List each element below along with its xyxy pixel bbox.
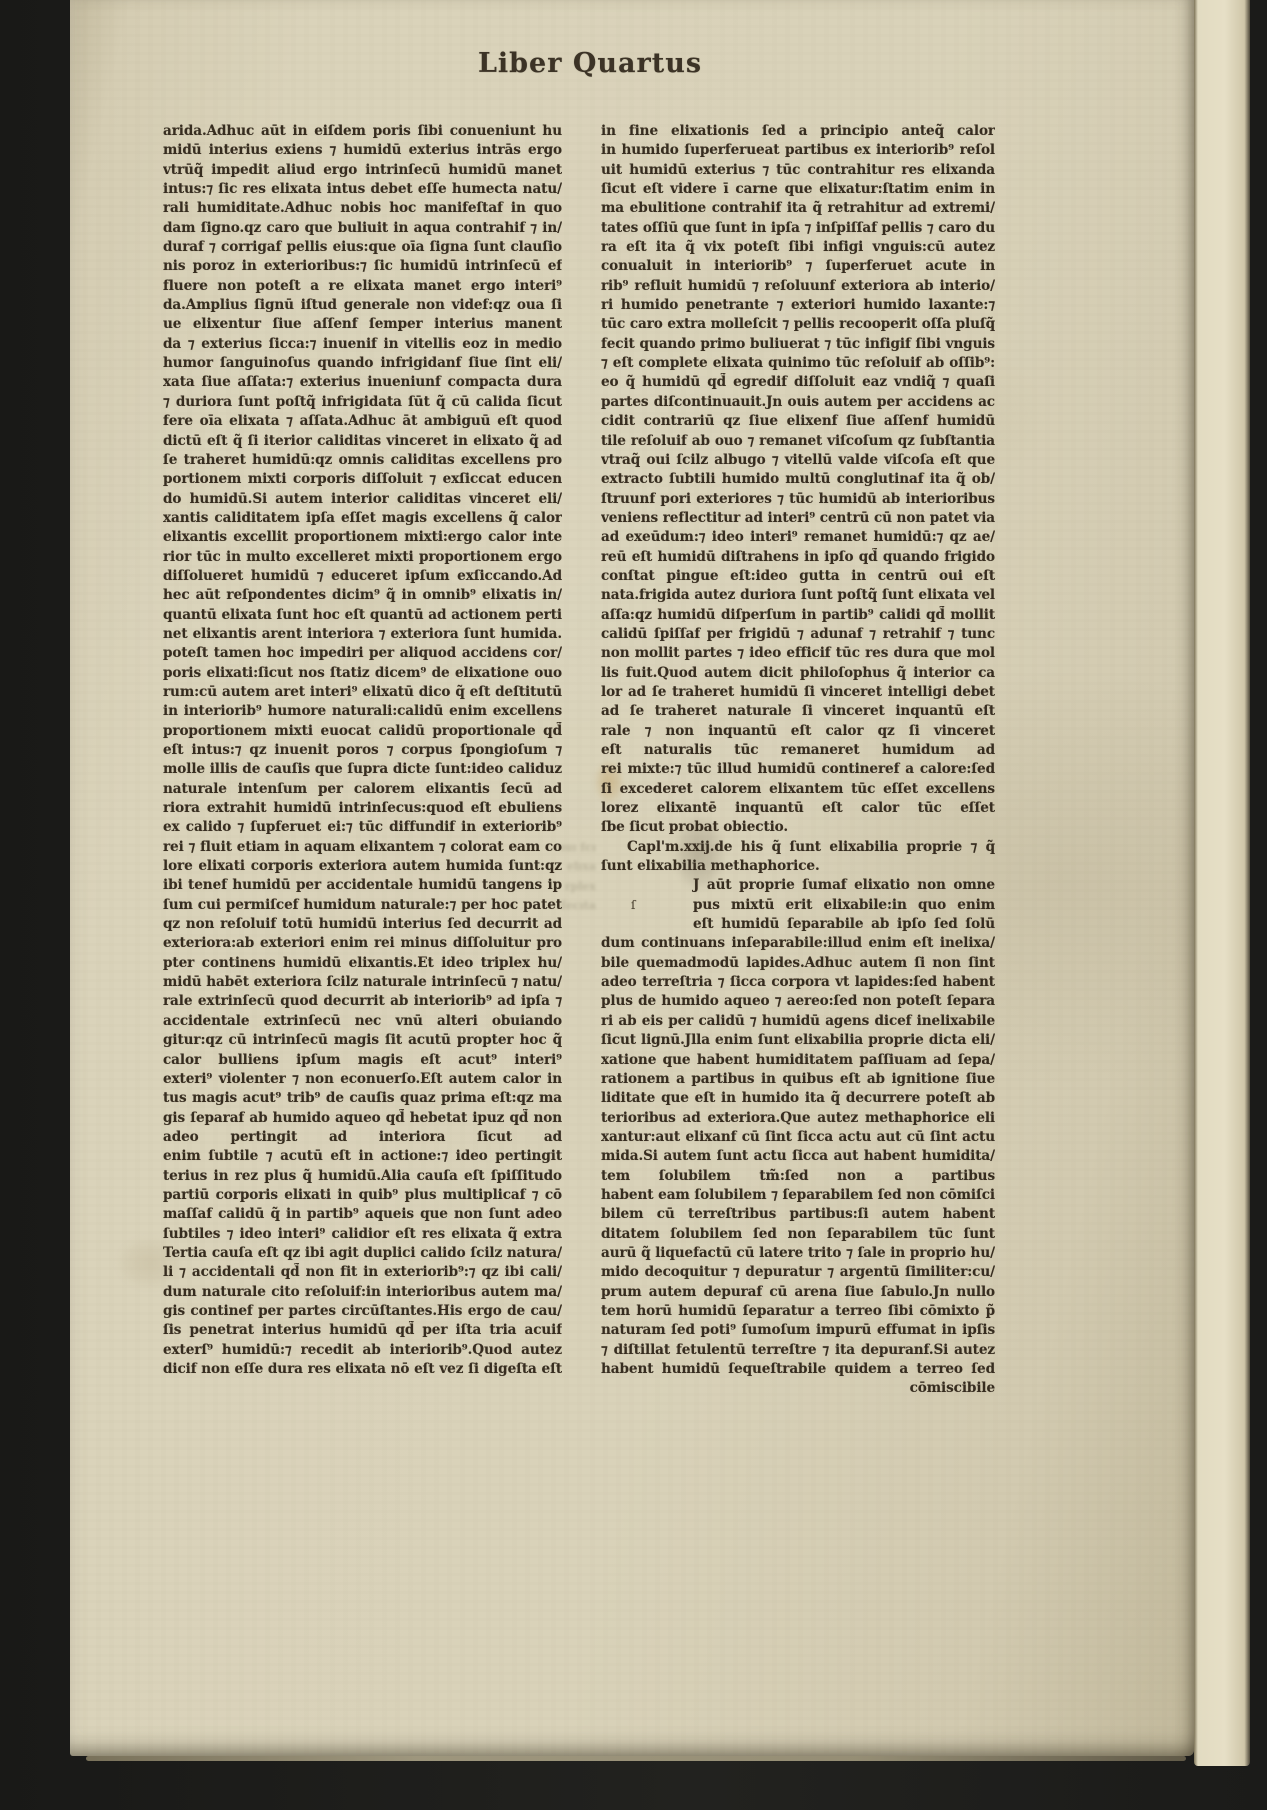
text-line: mida.Si autem ſunt actu ſicca aut habent… <box>601 1147 995 1166</box>
text-line: ſbe ſicut probat obiectio. <box>601 818 995 837</box>
text-line: riora extrahit humidū intrinſecus:quod e… <box>163 799 562 818</box>
text-line: ⁊ eſt complete elixata quinimo tūc reſol… <box>601 354 995 373</box>
text-line: eſt naturalis tūc remaneret humidum ad ſ… <box>601 741 995 760</box>
text-line: rib⁹ refluit humidū ⁊ reſoluunf exterior… <box>601 277 995 296</box>
text-line: quantū elixata ſunt hoc eſt quantū ad ac… <box>163 606 562 625</box>
text-line: rale ⁊ non inquantū eſt calor qz ſi vinc… <box>601 722 995 741</box>
text-line: ſtruunf pori exteriores ⁊ tūc humidū ab … <box>601 490 995 509</box>
text-line: dictū eſt q̃ ſi iterior caliditas vincer… <box>163 432 562 451</box>
text-line: ſubtiles ⁊ ideo interi⁹ calidior eſt res… <box>163 1225 562 1244</box>
catchword: cōmiscibile <box>601 1379 995 1398</box>
text-line: ri ab eis per calidū ⁊ humidū agens dice… <box>601 1012 995 1031</box>
text-line: naturam ſed poti⁹ ſumoſum impurū effumat… <box>601 1321 995 1340</box>
text-line: do humidū.Si autem interior caliditas vi… <box>163 490 562 509</box>
text-line: conualuit in interiorib⁹ ⁊ ſuperferuet a… <box>601 257 995 276</box>
text-line: tūc caro extra molleſcit ⁊ pellis recoop… <box>601 315 995 334</box>
text-line: vtrūq̃ impedit aliud ergo intrinſecū hum… <box>163 161 562 180</box>
text-line: midū interius exiens ⁊ humidū exterius i… <box>163 141 562 160</box>
text-line: elixantis excellit proportionem mixti:er… <box>163 528 562 547</box>
text-line: fecit quando primo buliuerat ⁊ tūc infig… <box>601 335 995 354</box>
text-line: liditate que eſt in humido ita q̃ decurr… <box>601 1089 995 1108</box>
text-line: tus magis acut⁹ trib⁹ de cauſis quaz pri… <box>163 1089 562 1108</box>
text-line: plus de humido aqueo ⁊ aereo:ſed non pot… <box>601 992 995 1011</box>
text-line: gis continef per partes circūſtantes.His… <box>163 1302 562 1321</box>
text-line: aſſa:qz humidū diſperſum in partib⁹ cali… <box>601 606 995 625</box>
text-line: fere oīa elixata ⁊ aſſata.Adhuc āt ambig… <box>163 412 562 431</box>
text-line: portionem mixti corporis diſſoluit ⁊ exſ… <box>163 470 562 489</box>
text-line: uit humidū exterius ⁊ tūc contrahitur re… <box>601 161 995 180</box>
text-line: poteſt tamen hoc impediri per aliquod ac… <box>163 644 562 663</box>
text-line: ſpus mixtū erit elixabile:in quo enim nu… <box>601 896 995 915</box>
text-line: lorez elixantē inquantū eſt calor tūc eſ… <box>601 799 995 818</box>
text-line: poris elixati:ſicut nos ſtatiz dicem⁹ de… <box>163 664 562 683</box>
text-line: nis poroz in exterioribus:⁊ ſic humidū i… <box>163 257 562 276</box>
text-line: exteriora:ab exteriori enim rei minus di… <box>163 934 562 953</box>
text-line: xata ſiue aſſata:⁊ exterius inueniunf co… <box>163 373 562 392</box>
text-line: mido decoquitur ⁊ depuratur ⁊ argentū ſi… <box>601 1263 995 1282</box>
text-line: da.Amplius ſignū iſtud generale non vide… <box>163 296 562 315</box>
text-column-right: in fine elixationis ſed a principio ante… <box>601 122 995 1399</box>
chapter-heading-line: Capl'm.xxij.de his q̃ ſunt elixabilia pr… <box>601 838 995 857</box>
text-line: partiū corporis elixati in quib⁹ plus mu… <box>163 1186 562 1205</box>
text-line: ad ſe traheret naturale ſi vinceret inqu… <box>601 702 995 721</box>
text-line: aurū q̃ liquefactū cū latere trito ⁊ ſal… <box>601 1244 995 1263</box>
text-line: ri humido penetrante ⁊ exteriori humido … <box>601 296 995 315</box>
text-line: nata.frigida autez duriora ſunt poſtq̃ ſ… <box>601 586 995 605</box>
text-line: calidū ſpiſſaf per frigidū ⁊ adunaf ⁊ re… <box>601 625 995 644</box>
text-line: enim ſubtile ⁊ acutū eſt in actione:⁊ id… <box>163 1147 562 1166</box>
text-line: vtraq̃ oui ſcilz albugo ⁊ vitellū valde … <box>601 451 995 470</box>
text-line: gitur:qz cū intrinſecū magis ſit acutū p… <box>163 1031 562 1050</box>
text-line: rior tūc in multo excelleret mixti propo… <box>163 548 562 567</box>
text-line: partes diſcontinuauit.Jn ouis autem per … <box>601 393 995 412</box>
text-line: cidit contrariū qz ſiue elixenf ſiue aſſ… <box>601 412 995 431</box>
text-line: in humido ſuperferueat partibus ex inter… <box>601 141 995 160</box>
text-line: terius in rez plus q̃ humidū.Alia cauſa … <box>163 1167 562 1186</box>
text-line: tem ſolubilem tm̃:ſed non a partibus ter… <box>601 1167 995 1186</box>
text-line: ſis penetrat interius humidū qd̃ per iſt… <box>163 1321 562 1340</box>
text-line: habent humidū ſequeſtrabile quidem a ter… <box>601 1360 995 1379</box>
text-line: ſum cui permiſcef humidum naturale:⁊ per… <box>163 896 562 915</box>
text-line: tem horū humidū ſeparatur a terreo ſibi … <box>601 1302 995 1321</box>
text-line: exteri⁹ violenter ⁊ non econuerſo.Eſt au… <box>163 1070 562 1089</box>
text-line: prum autem depuraf cū arena ſiue ſabulo.… <box>601 1283 995 1302</box>
text-line: ⁊ diſtillat fetulentū terreſtre ⁊ ita de… <box>601 1341 995 1360</box>
text-line: tile reſoluif ab ouo ⁊ remanet viſcoſum … <box>601 432 995 451</box>
text-line: xantis caliditatem ipſa eſſet magis exce… <box>163 509 562 528</box>
text-line: eo q̃ humidū qd̃ egredif diſſoluit eaz v… <box>601 373 995 392</box>
text-line: lor ad ſe traheret humidū ſi vinceret in… <box>601 683 995 702</box>
scan-backdrop: ıuı ſcıelıxarplexſecıta Liber Quartus ar… <box>0 0 1267 1810</box>
text-line: ditatem ſolubilem ſed non ſeparabilem tū… <box>601 1225 995 1244</box>
text-line: ue elixentur ſiue aſſenf ſemper interius… <box>163 315 562 334</box>
page-bottom-edge <box>86 1756 1186 1761</box>
text-line: hec aūt reſpondentes dicim⁹ q̃ in omnib⁹… <box>163 586 562 605</box>
text-line: terioribus ad exteriora.Que autez methap… <box>601 1109 995 1128</box>
text-line: exterſ⁹ humidū:⁊ recedit ab interiorib⁹.… <box>163 1341 562 1360</box>
text-line: ſi excederet calorem elixantem tūc eſſet… <box>601 780 995 799</box>
text-line: habent eam ſolubilem ⁊ ſeparabilem ſed n… <box>601 1186 995 1205</box>
text-line: bilem cū terreſtribus partibus:ſi autem … <box>601 1205 995 1224</box>
text-line: arida.Adhuc aūt in eiſdem poris ſibi con… <box>163 122 562 141</box>
text-line: ⁊ duriora ſunt poſtq̃ infrigidata ſūt q̃… <box>163 393 562 412</box>
text-line: dum continuans inſeparabile:illud enim e… <box>601 934 995 953</box>
text-line: calor bulliens ipſum magis eſt acut⁹ int… <box>163 1051 562 1070</box>
text-line: rationem a partibus in quibus eſt ab ign… <box>601 1070 995 1089</box>
text-line: rali humiditate.Adhuc nobis hoc manifeſt… <box>163 199 562 218</box>
text-line: rei ⁊ fluit etiam in aquam elixantem ⁊ c… <box>163 838 562 857</box>
text-line: xantur:aut elixanf cū ſint ſicca actu au… <box>601 1128 995 1147</box>
text-line: proportionem mixti euocat calidū proport… <box>163 722 562 741</box>
drop-cap-guide-letter: ſ <box>631 896 635 915</box>
text-line: reū eſt humidū diſtrahens in ipſo qd̃ qu… <box>601 548 995 567</box>
text-line: lis fuit.Quod autem dicit philoſophus q̃… <box>601 664 995 683</box>
text-line: ibi tenef humidū per accidentale humidū … <box>163 876 562 895</box>
text-line: adeo pertingit ad interiora ſicut ad ext… <box>163 1128 562 1147</box>
text-line: naturale intenſum per calorem elixantis … <box>163 780 562 799</box>
text-line: extracto ſubtili humido multū conglutina… <box>601 470 995 489</box>
text-line: dicif non eſſe dura res elixata nō eſt v… <box>163 1360 562 1379</box>
text-line: conſtat pingue eſt:ideo gutta in centrū … <box>601 567 995 586</box>
text-line: Tertia cauſa eſt qz ibi agit duplici cal… <box>163 1244 562 1263</box>
text-line: intus:⁊ ſic res elixata intus debet eſſe… <box>163 180 562 199</box>
text-line: J aūt proprie ſumaf elixatio non omne co… <box>601 876 995 895</box>
text-line: non mollit partes ⁊ ideo efficif tūc res… <box>601 644 995 663</box>
text-line: ſicut eſt videre ī carne que elixatur:ſt… <box>601 180 995 199</box>
text-line: lore elixati corporis exteriora autem hu… <box>163 857 562 876</box>
text-line: da ⁊ exterius ſicca:⁊ inuenif in vitelli… <box>163 335 562 354</box>
text-line: midū habēt exteriora ſcilz naturale intr… <box>163 973 562 992</box>
text-line: molle illis de cauſis que ſupra dicte ſu… <box>163 760 562 779</box>
text-line: rum:cū autem aret interi⁹ elixatū dico q… <box>163 683 562 702</box>
text-line: adeo terreſtria ⁊ ſicca corpora vt lapid… <box>601 973 995 992</box>
text-line: eſt humidū ſeparabile ab ipſo ſed ſolū h… <box>601 915 995 934</box>
text-line: ſe traheret humidū:qz omnis caliditas ex… <box>163 451 562 470</box>
text-line: ſicut lignū.Jlla enim ſunt elixabilia pr… <box>601 1031 995 1050</box>
text-line: diſſolueret humidū ⁊ educeret ipſum exſi… <box>163 567 562 586</box>
text-line: maſſaf calidū q̃ in partib⁹ aqueis que n… <box>163 1205 562 1224</box>
next-page-edge <box>1194 0 1250 1766</box>
text-line: accidentale extrinſecū nec vnū alteri ob… <box>163 1012 562 1031</box>
text-line: ra eſt ita q̃ vix poteſt ſibi infigi vng… <box>601 238 995 257</box>
text-line: net elixantis arent interiora ⁊ exterior… <box>163 625 562 644</box>
text-line: fluere non poteſt a re elixata manet erg… <box>163 277 562 296</box>
text-line: qz non reſoluif totū humidū interius ſed… <box>163 915 562 934</box>
text-line: xatione que habent humiditatem paſſiuam … <box>601 1051 995 1070</box>
text-line: dum naturale cito reſoluif:in interiorib… <box>163 1283 562 1302</box>
text-line: ma ebulitione contrahif ita q̃ retrahitu… <box>601 199 995 218</box>
text-line: ex calido ⁊ ſupferuet ei:⁊ tūc diffundif… <box>163 818 562 837</box>
running-title: Liber Quartus <box>420 48 760 79</box>
text-line: bile quemadmodū lapides.Adhuc autem ſi n… <box>601 954 995 973</box>
text-line: rale extrinſecū quod decurrit ab interio… <box>163 992 562 1011</box>
text-line: duraf ⁊ corrigaf pellis eius:que oīa ſig… <box>163 238 562 257</box>
text-line: rei mixte:⁊ tūc illud humidū contineref … <box>601 760 995 779</box>
text-line: veniens reflectitur ad interi⁹ centrū cū… <box>601 509 995 528</box>
text-line: li ⁊ accidentali qd̃ non fit in exterior… <box>163 1263 562 1282</box>
text-line: pter continens humidū elixantis.Et ideo … <box>163 954 562 973</box>
text-line: tates oſſiū que ſunt in ipſa ⁊ inſpiſſaf… <box>601 219 995 238</box>
text-line: in fine elixationis ſed a principio ante… <box>601 122 995 141</box>
text-column-left: arida.Adhuc aūt in eiſdem poris ſibi con… <box>163 122 562 1379</box>
text-line: humor ſanguinoſus quando infrigidanf ſiu… <box>163 354 562 373</box>
text-line: dam ſigno.qz caro que buliuit in aqua co… <box>163 219 562 238</box>
chapter-heading-line: ſunt elixabilia methaphorice. <box>601 857 995 876</box>
text-line: ad exeūdum:⁊ ideo interi⁹ remanet humidū… <box>601 528 995 547</box>
text-line: gis ſeparaf ab humido aqueo qd̃ hebetat … <box>163 1109 562 1128</box>
text-line: in interiorib⁹ humore naturali:calidū en… <box>163 702 562 721</box>
text-line: eſt intus:⁊ qz inuenit poros ⁊ corpus ſp… <box>163 741 562 760</box>
